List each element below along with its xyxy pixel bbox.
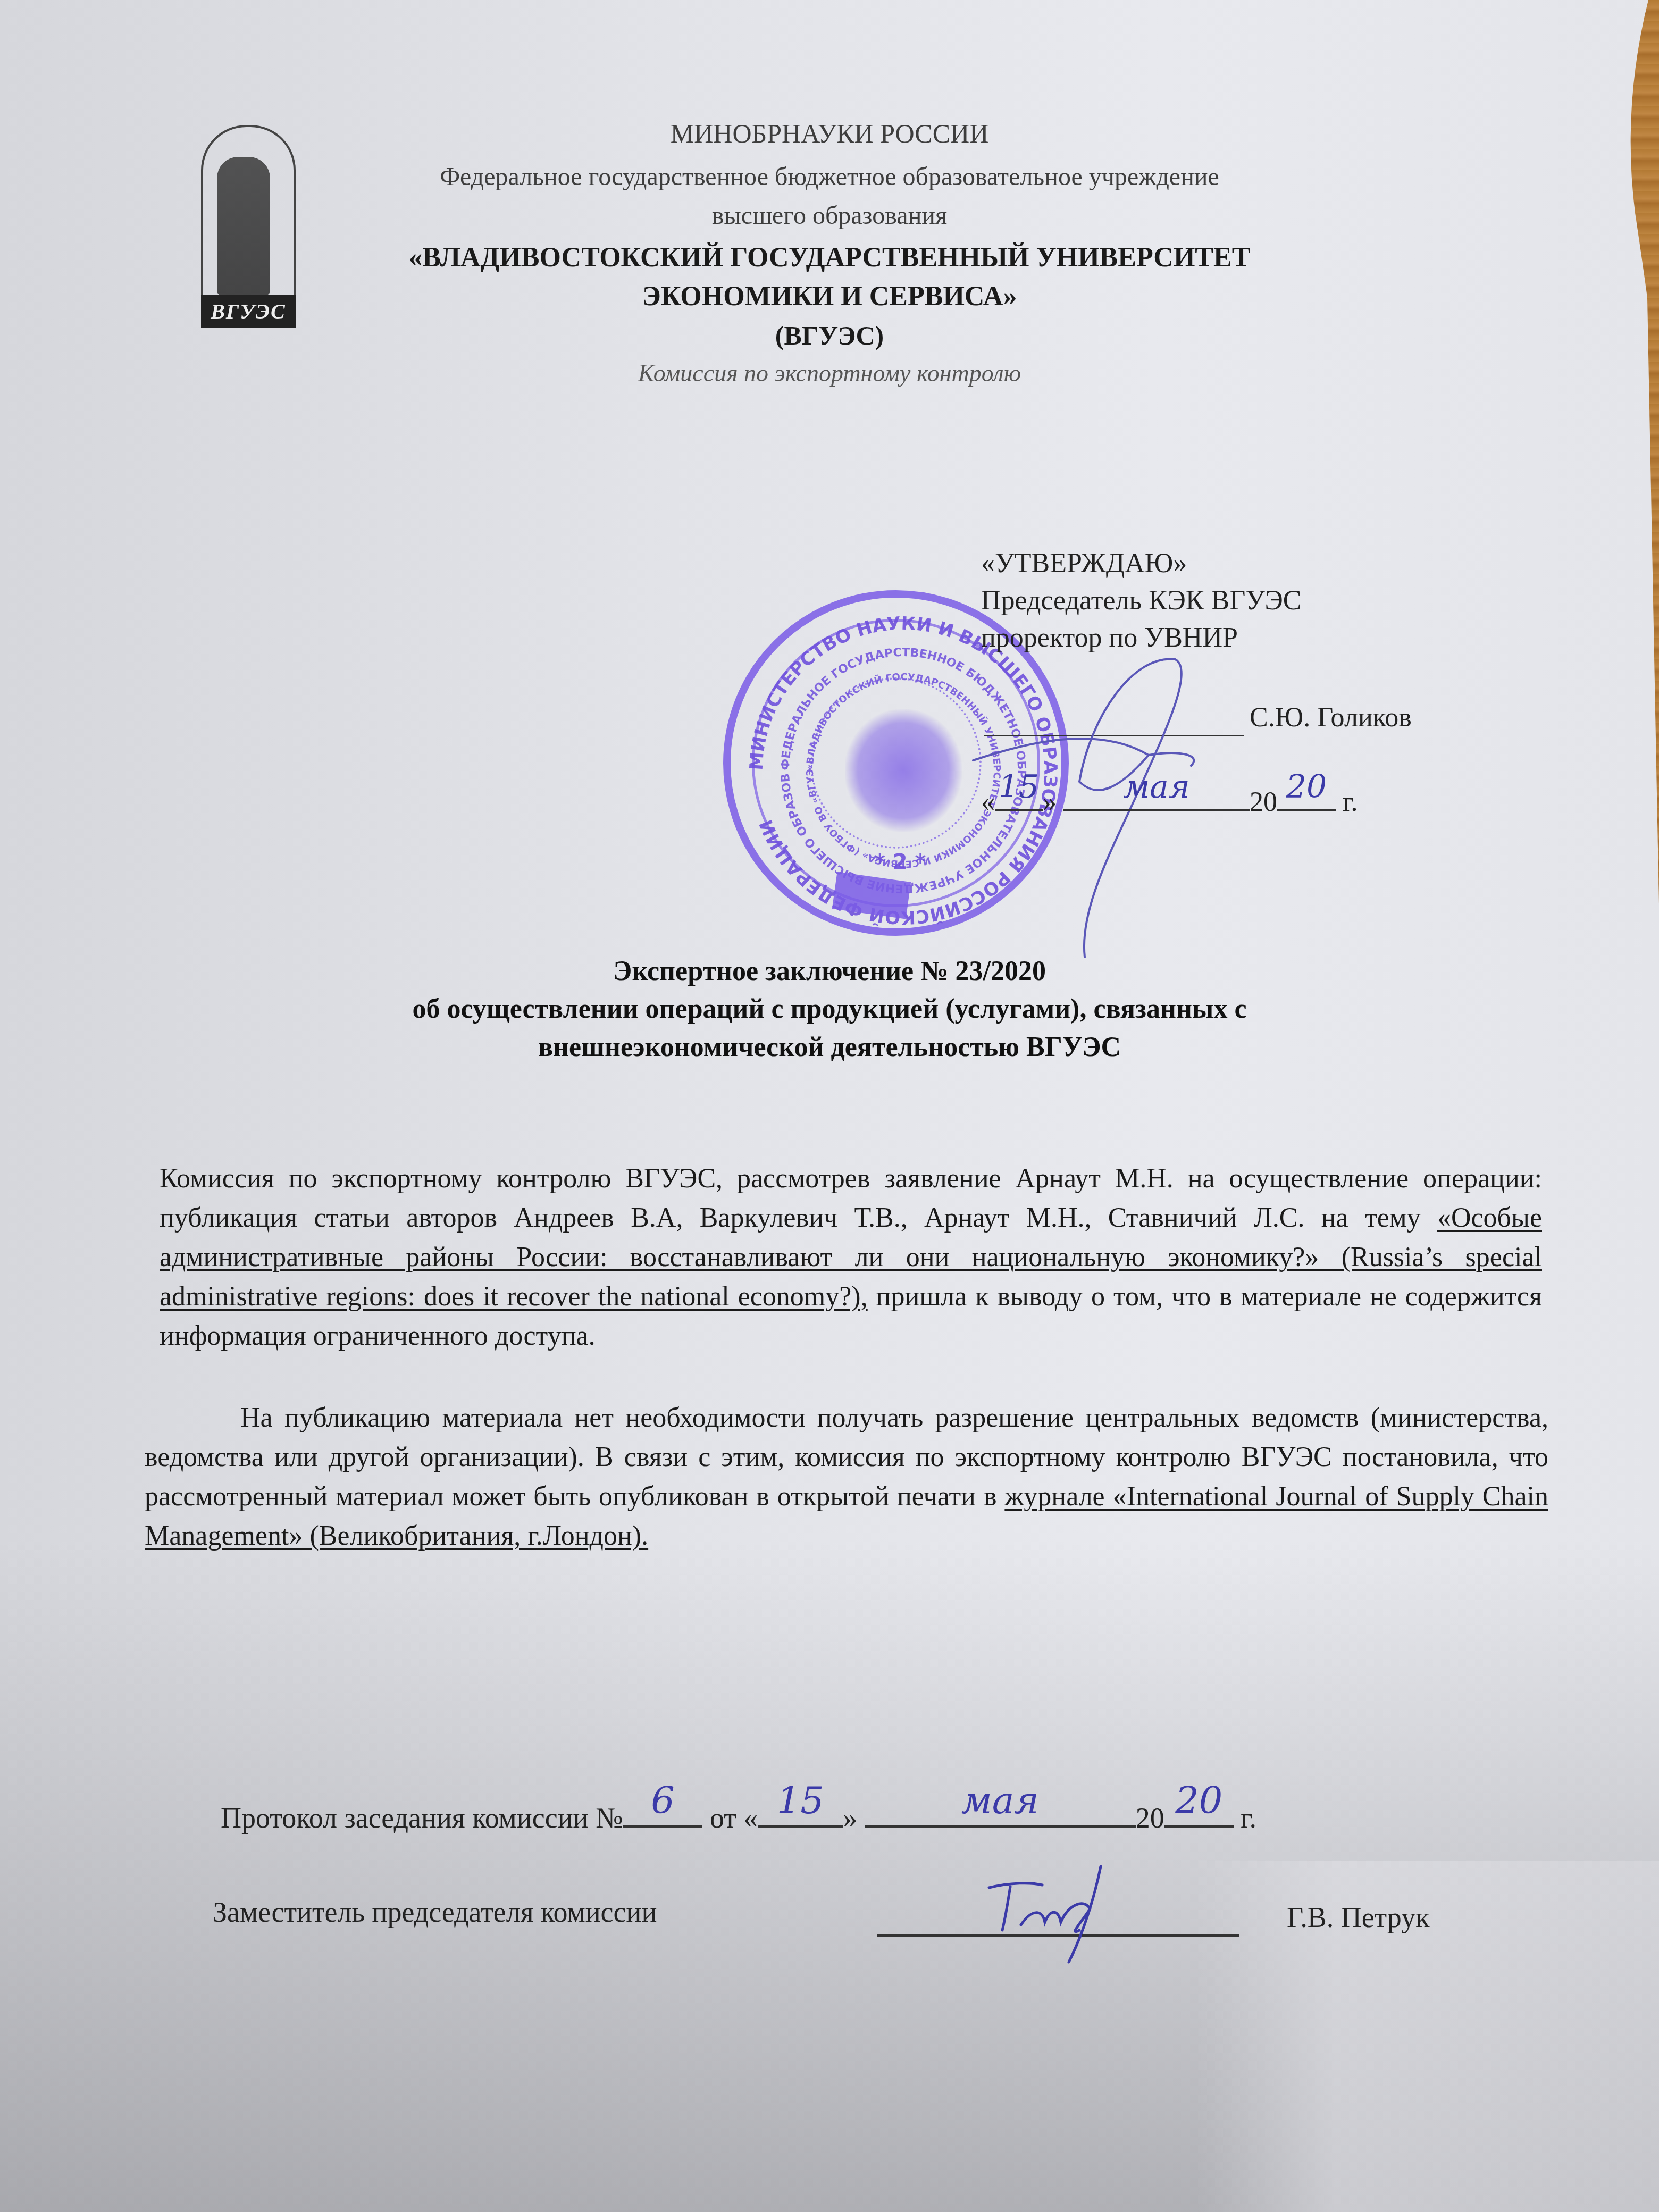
protocol-month-field: мая bbox=[865, 1795, 1136, 1828]
university-name-line2: ЭКОНОМИКИ И СЕРВИСА» bbox=[0, 281, 1659, 312]
commission-name: Комиссия по экспортному контролю bbox=[0, 359, 1659, 387]
approval-day-handwritten: 15 bbox=[995, 768, 1043, 806]
year-suffix: г. bbox=[1343, 787, 1358, 817]
close-quote: » bbox=[843, 1802, 865, 1834]
approval-heading: «УТВЕРЖДАЮ» bbox=[981, 548, 1187, 579]
from-label: от « bbox=[702, 1802, 758, 1834]
university-name-line1: «ВЛАДИВОСТОКСКИЙ ГОСУДАРСТВЕННЫЙ УНИВЕРС… bbox=[0, 242, 1659, 273]
approval-month-handwritten: мая bbox=[1063, 768, 1250, 806]
protocol-day-handwritten: 15 bbox=[758, 1779, 843, 1822]
approval-year-field: 20 bbox=[1277, 779, 1336, 811]
document-title: Экспертное заключение № 23/2020 bbox=[0, 956, 1659, 987]
approval-year-handwritten: 20 bbox=[1277, 768, 1336, 806]
approver-name: С.Ю. Голиков bbox=[1250, 702, 1412, 733]
protocol-number-handwritten: 6 bbox=[623, 1779, 702, 1822]
deputy-signature-icon bbox=[978, 1861, 1149, 1967]
ministry-name: МИНОБРНАУКИ РОССИИ bbox=[0, 118, 1659, 149]
protocol-number-field: 6 bbox=[623, 1795, 702, 1828]
date-close-quote: » bbox=[1043, 787, 1057, 817]
protocol-line: Протокол заседания комиссии №6 от «15» м… bbox=[221, 1795, 1256, 1834]
coat-of-arms-eagle-icon bbox=[845, 709, 962, 832]
year-suffix: г. bbox=[1234, 1802, 1256, 1834]
approval-date: «15» мая2020 г. bbox=[981, 779, 1358, 818]
paragraph-conclusion: Комиссия по экспортному контролю ВГУЭС, … bbox=[160, 1159, 1542, 1356]
date-open-quote: « bbox=[981, 787, 995, 817]
deputy-chair-label: Заместитель председателя комиссии bbox=[213, 1896, 657, 1929]
protocol-label: Протокол заседания комиссии № bbox=[221, 1802, 623, 1834]
university-abbreviation: (ВГУЭС) bbox=[0, 320, 1659, 351]
approval-day-field: 15 bbox=[995, 779, 1043, 811]
document-subtitle-line1: об осуществлении операций с продукцией (… bbox=[0, 993, 1659, 1025]
institution-type-line2: высшего образования bbox=[0, 201, 1659, 230]
year-prefix: 20 bbox=[1136, 1802, 1164, 1834]
deputy-chair-name: Г.В. Петрук bbox=[1287, 1901, 1429, 1934]
document-page: ВГУЭС МИНОБРНАУКИ РОССИИ Федеральное гос… bbox=[0, 0, 1659, 2212]
stamp-number: * 2 * bbox=[874, 850, 926, 875]
protocol-year-field: 20 bbox=[1164, 1795, 1234, 1828]
year-prefix: 20 bbox=[1250, 787, 1277, 817]
institution-type-line1: Федеральное государственное бюджетное об… bbox=[0, 162, 1659, 191]
protocol-year-handwritten: 20 bbox=[1164, 1779, 1234, 1822]
approver-position: Председатель КЭК ВГУЭС bbox=[981, 585, 1301, 616]
paragraph-decision: На публикацию материала нет необходимост… bbox=[145, 1398, 1548, 1556]
protocol-month-handwritten: мая bbox=[865, 1779, 1136, 1822]
protocol-day-field: 15 bbox=[758, 1795, 843, 1828]
document-subtitle-line2: внешнеэкономической деятельностью ВГУЭС bbox=[0, 1032, 1659, 1063]
paragraph1-intro: Комиссия по экспортному контролю ВГУЭС, … bbox=[160, 1163, 1542, 1233]
approval-month-field: мая bbox=[1063, 779, 1250, 811]
